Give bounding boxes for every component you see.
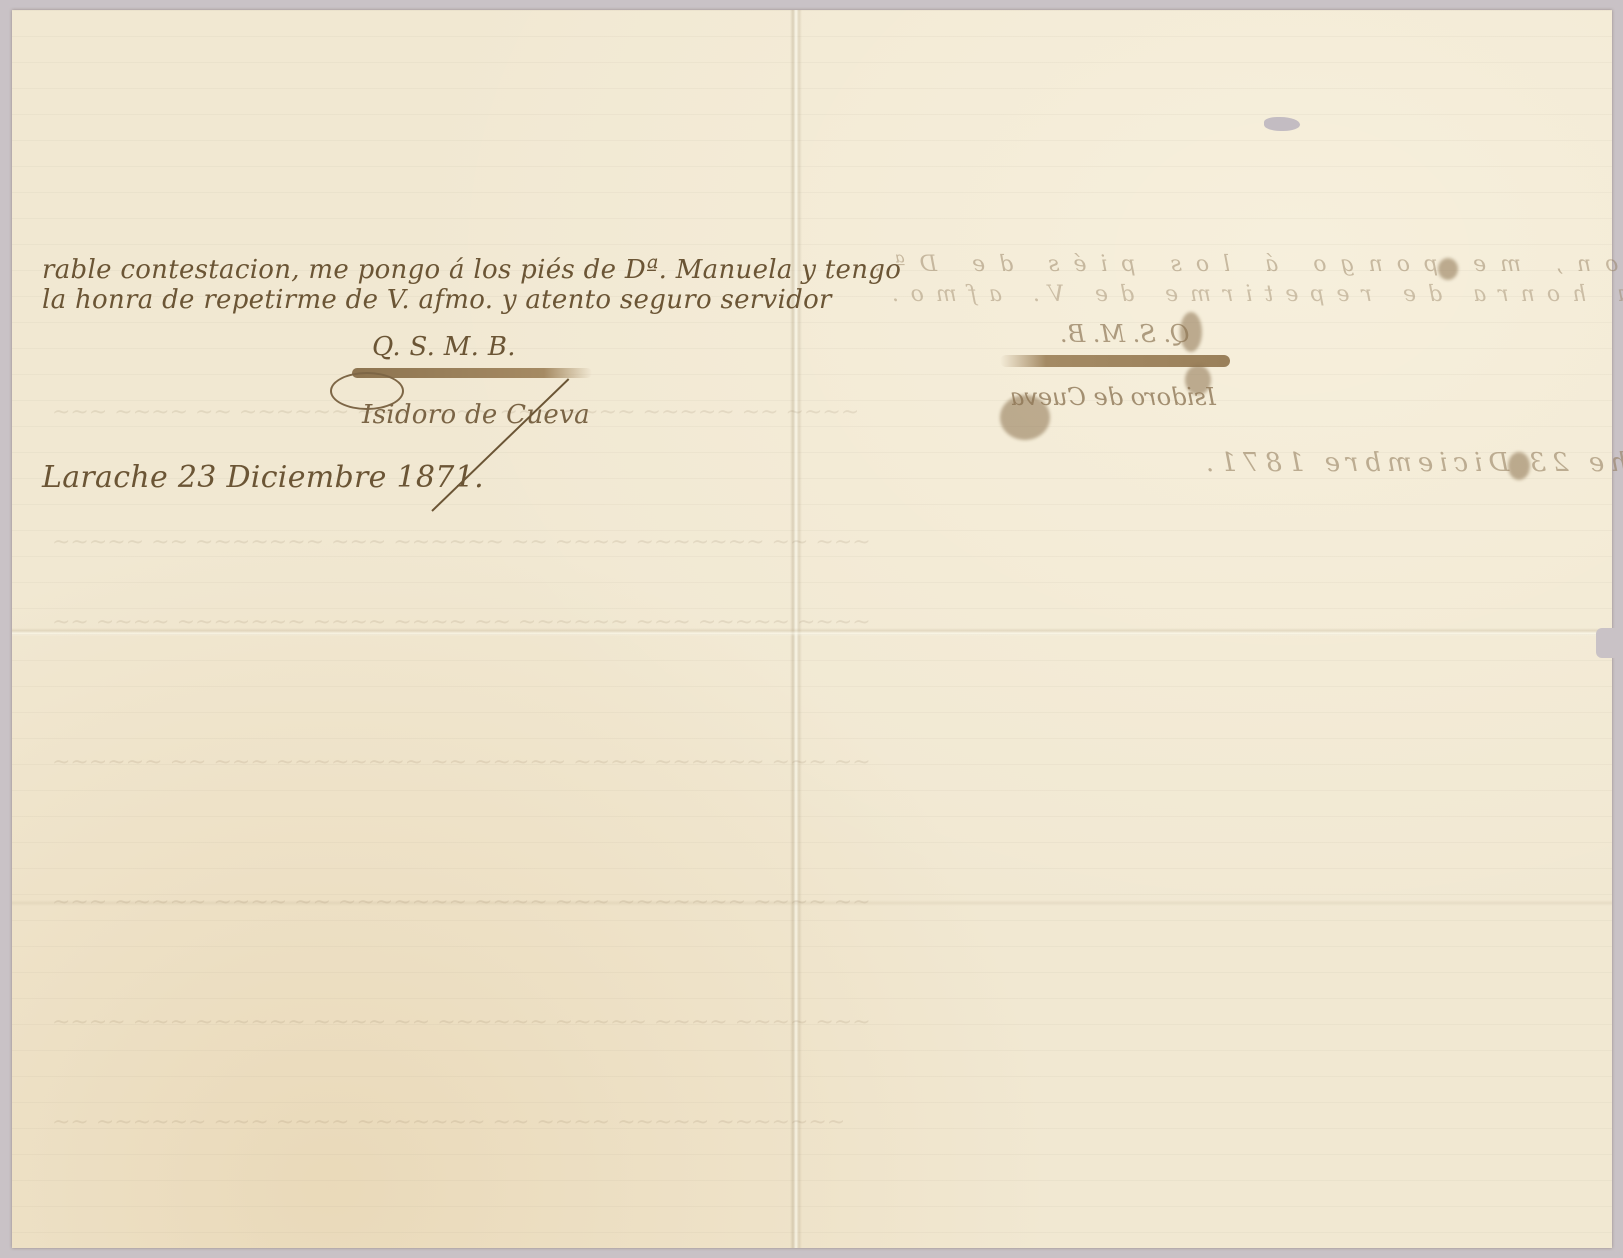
bleed-through-text: ~~ ~~~~~~ ~~~ ~~~~ ~~~~~~~ ~~ ~~~~ ~~~~~…: [52, 1110, 845, 1135]
bleed-through-text: ~~~~~~ ~~ ~~~ ~~~~~~~~ ~~ ~~~~~ ~~~~ ~~~…: [52, 750, 871, 775]
ink-blot: [1438, 258, 1458, 280]
bleed-through-text: ~~~~~ ~~ ~~~~~~~ ~~~ ~~~~~~ ~~ ~~~~ ~~~~…: [52, 530, 871, 555]
ink-blot: [1185, 365, 1211, 395]
closing-initials: Q. S. M. B.: [372, 332, 516, 362]
ink-offset-date: Larache 23 Diciembre 1871.: [1200, 448, 1623, 478]
ink-offset-line-1: rable contestacion, me pongo á los piés …: [860, 252, 1623, 277]
ink-blot: [1180, 312, 1202, 352]
left-page: ~~~ ~~~~ ~~ ~~~~~~ ~~~ ~~~~ ~~~ ~~~~ ~~~…: [12, 10, 792, 1248]
bleed-through-text: ~~~ ~~~~~ ~~~~ ~~ ~~~~~~~ ~~~~ ~~~ ~~~~~…: [52, 890, 871, 915]
place-and-date: Larache 23 Diciembre 1871.: [42, 460, 484, 495]
ink-offset-line-2: la honra de repetirme de V. afmo.: [880, 282, 1623, 307]
letter-line-1: rable contestacion, me pongo á los piés …: [42, 255, 901, 285]
right-page: [800, 10, 1612, 1248]
ink-offset-initials: Q. S. M. B.: [1060, 320, 1190, 348]
letter-line-2: la honra de repetirme de V. afmo. y aten…: [42, 285, 832, 315]
ink-blot: [1508, 452, 1530, 480]
paper-hole: [1264, 117, 1300, 131]
signature: Isidoro de Cueva: [362, 400, 590, 430]
bleed-through-text: ~~ ~~~~ ~~~~~~~ ~~~~ ~~~~ ~~ ~~~~~~ ~~~ …: [52, 610, 871, 635]
ink-blot: [1000, 395, 1050, 440]
bleed-through-text: ~~~~ ~~~ ~~~~~~ ~~~~ ~~ ~~~~~~ ~~~~~ ~~~…: [52, 1010, 871, 1035]
